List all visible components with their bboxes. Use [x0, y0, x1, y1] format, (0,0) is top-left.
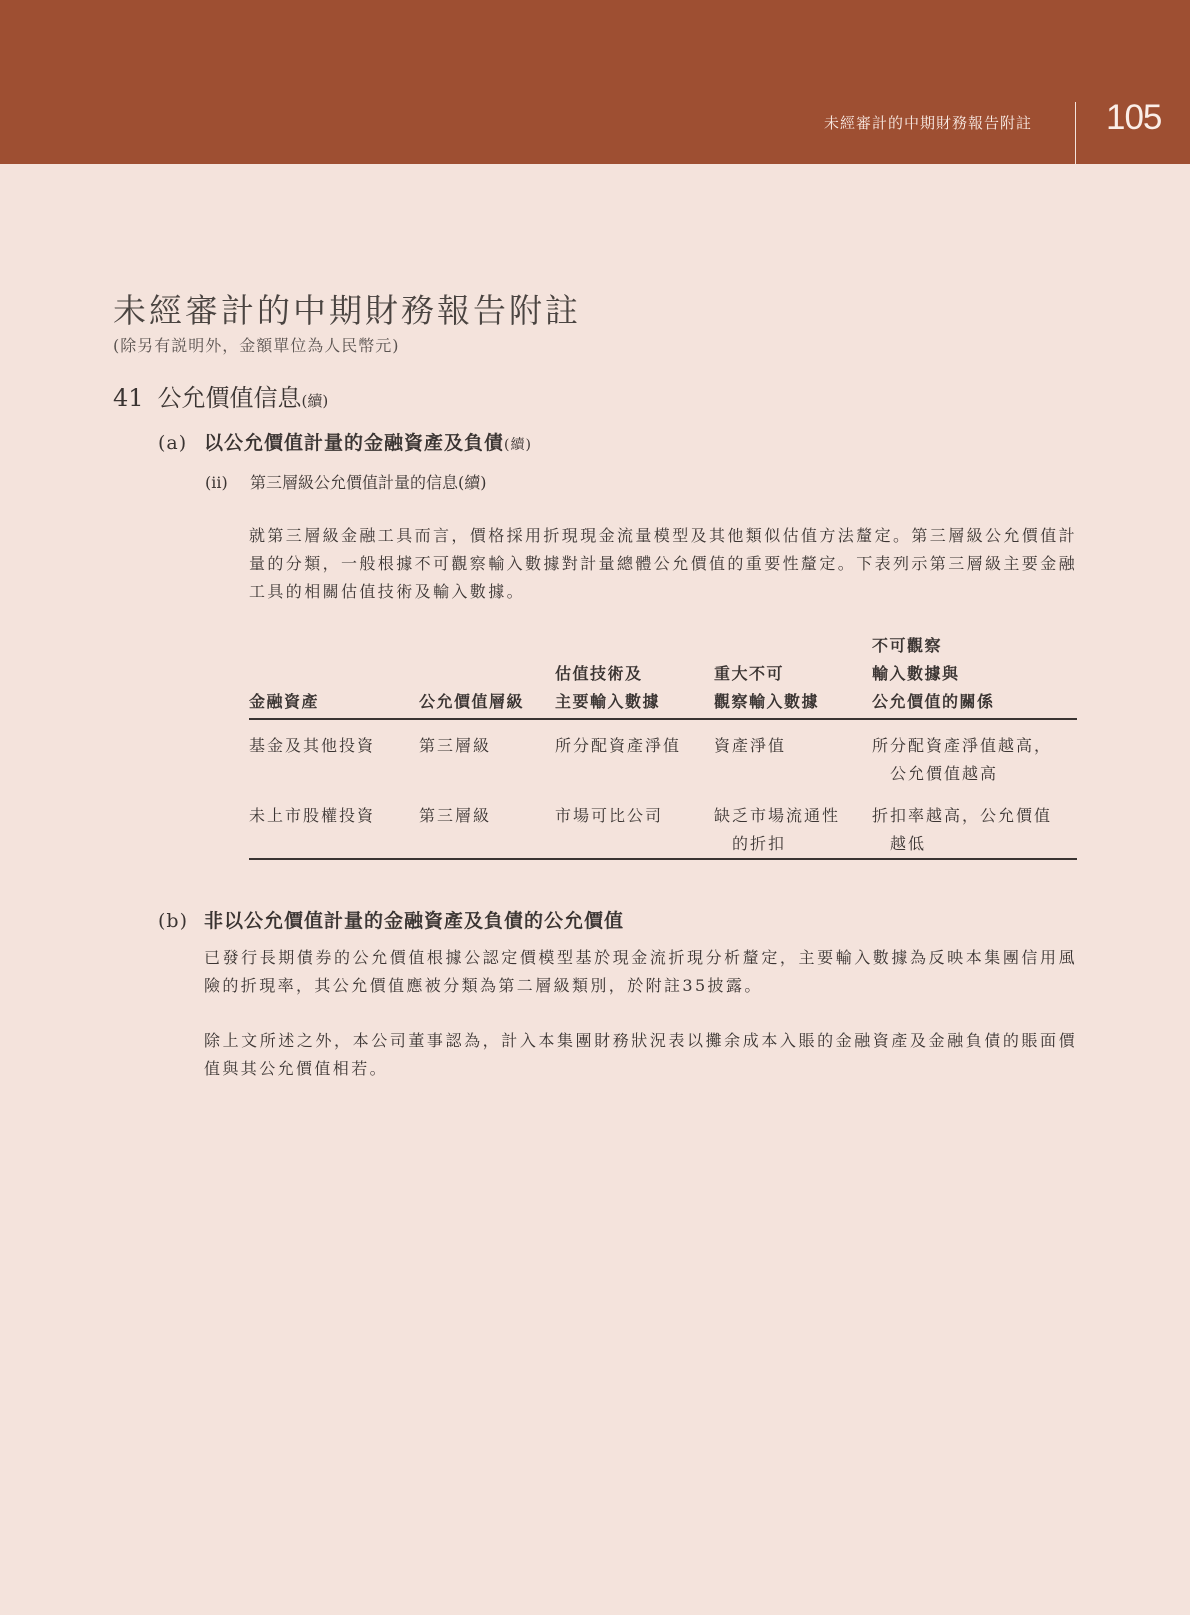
cell-technique: 市場可比公司 — [555, 788, 714, 859]
page-title: 未經審計的中期財務報告附註 — [113, 285, 581, 332]
section-a-label: (a) — [158, 432, 204, 454]
cell-unobservable: 缺乏市場流通性的折扣 — [714, 788, 872, 859]
table-row: 未上市股權投資 第三層級 市場可比公司 缺乏市場流通性的折扣 折扣率越高，公允價… — [249, 788, 1077, 859]
col-header-unobservable: 重大不可觀察輸入數據 — [714, 632, 872, 719]
running-title: 未經審計的中期財務報告附註 — [824, 112, 1032, 133]
cell-asset: 未上市股權投資 — [249, 788, 419, 859]
page-subtitle: (除另有説明外，金額單位為人民幣元) — [113, 333, 400, 356]
cell-level: 第三層級 — [419, 719, 555, 788]
section-a-heading: (a)以公允價值計量的金融資產及負債(續) — [158, 428, 532, 455]
col-header-technique: 估值技術及主要輸入數據 — [555, 632, 714, 719]
subsection-ii-heading: (ii)第三層級公允價值計量的信息(續) — [205, 470, 487, 493]
col-header-level: 公允價值層級 — [419, 632, 555, 719]
section-a-title: 以公允價值計量的金融資產及負債 — [204, 432, 504, 454]
cell-unobservable: 資產淨值 — [714, 719, 872, 788]
level3-valuation-table: 金融資產 公允價值層級 估值技術及主要輸入數據 重大不可觀察輸入數據 不可觀察輸… — [249, 632, 1077, 860]
section-b-title: 非以公允價值計量的金融資產及負債的公允價值 — [204, 910, 624, 932]
section-b-heading: (b)非以公允價值計量的金融資產及負債的公允價值 — [158, 906, 624, 933]
table-header-row: 金融資產 公允價值層級 估值技術及主要輸入數據 重大不可觀察輸入數據 不可觀察輸… — [249, 632, 1077, 719]
subsection-ii-title: 第三層級公允價值計量的信息(續) — [250, 473, 487, 492]
header-divider — [1075, 102, 1076, 164]
col-header-relationship: 不可觀察輸入數據與公允價值的關係 — [872, 632, 1077, 719]
section-b-label: (b) — [158, 910, 204, 932]
cell-level: 第三層級 — [419, 788, 555, 859]
note-continued: (續) — [302, 392, 329, 410]
header-band — [0, 0, 1190, 164]
cell-technique: 所分配資產淨值 — [555, 719, 714, 788]
cell-relationship: 折扣率越高，公允價值越低 — [872, 788, 1077, 859]
section-b-paragraph-1: 已發行長期債券的公允價值根據公認定價模型基於現金流折現分析釐定，主要輸入數據為反… — [204, 944, 1077, 1000]
table-row: 基金及其他投資 第三層級 所分配資產淨值 資產淨值 所分配資產淨值越高，公允價值… — [249, 719, 1077, 788]
cell-relationship: 所分配資產淨值越高，公允價值越高 — [872, 719, 1077, 788]
section-b-paragraph-2: 除上文所述之外，本公司董事認為，計入本集團財務狀況表以攤余成本入賬的金融資產及金… — [204, 1027, 1077, 1083]
section-a-continued: (續) — [504, 437, 532, 453]
section-a-paragraph: 就第三層級金融工具而言，價格採用折現現金流量模型及其他類似估值方法釐定。第三層級… — [249, 522, 1077, 606]
page-number: 105 — [1106, 98, 1161, 138]
col-header-asset: 金融資產 — [249, 632, 419, 719]
note-heading: 41公允價值信息(續) — [113, 378, 328, 413]
cell-asset: 基金及其他投資 — [249, 719, 419, 788]
note-title: 公允價值信息 — [158, 384, 302, 412]
note-number: 41 — [113, 384, 144, 412]
subsection-ii-label: (ii) — [205, 473, 250, 492]
